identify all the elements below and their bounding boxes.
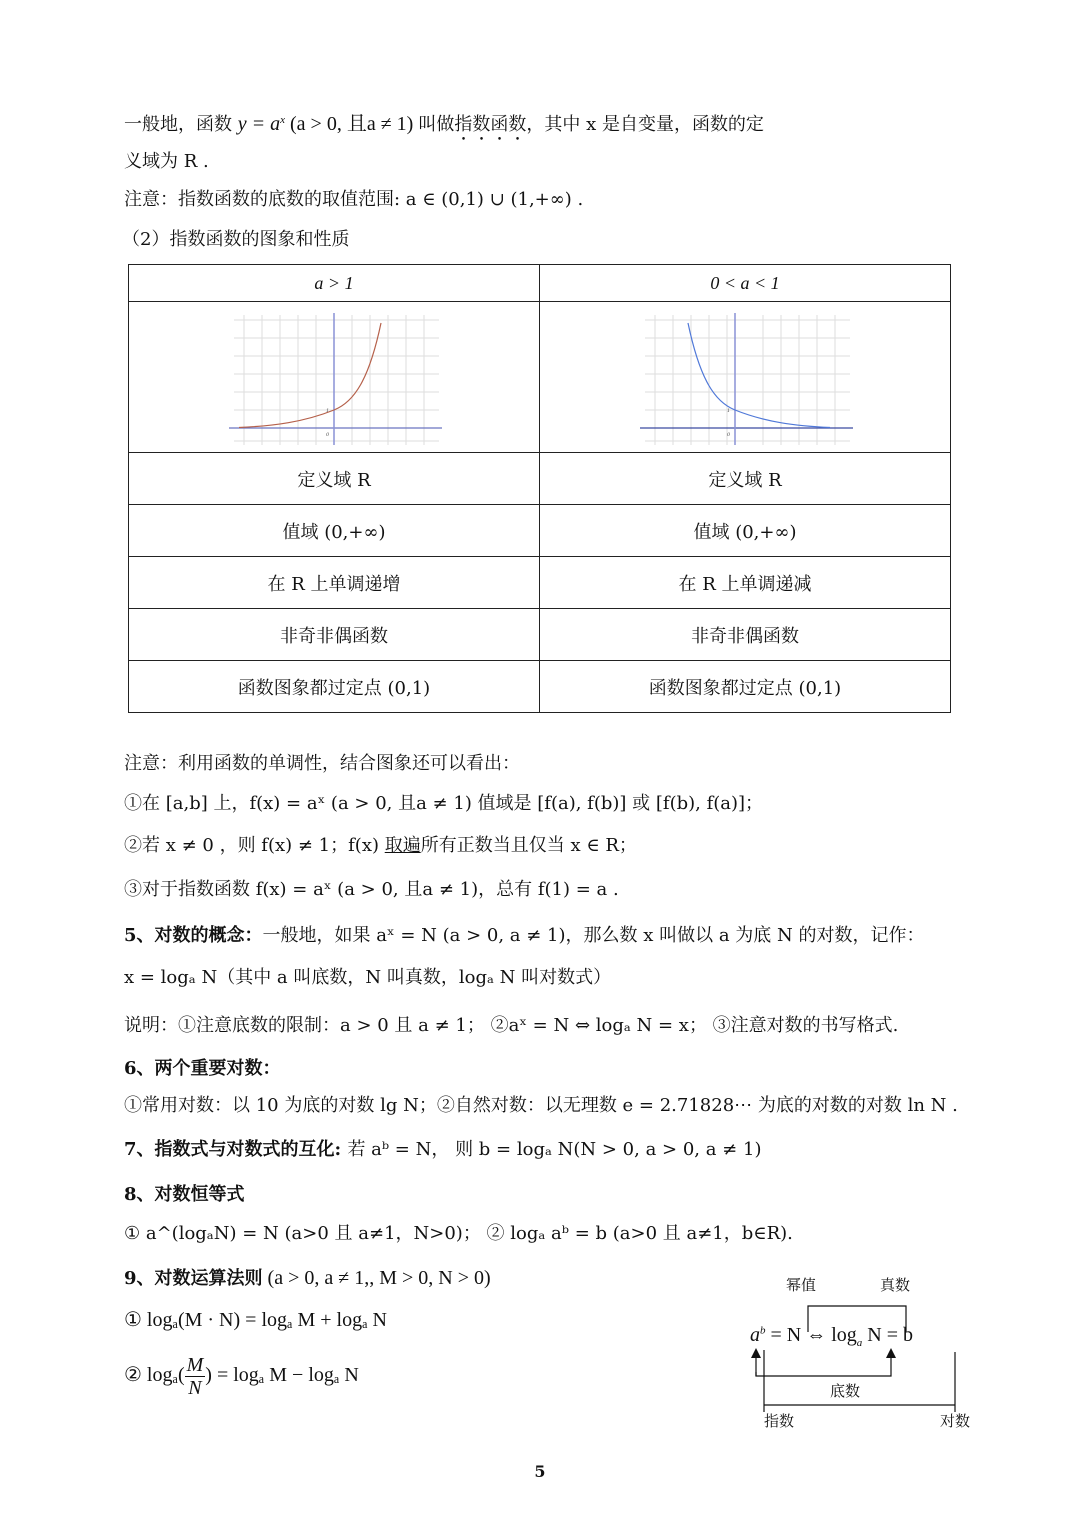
prop-parity-right: 非奇非偶函数 — [540, 609, 951, 661]
increasing-exp-graph: 1 0 — [224, 310, 444, 445]
condition: (a > 0, 且a ≠ 1) — [285, 113, 418, 135]
fraction: MN — [185, 1354, 206, 1399]
text: ，其中 x 是自变量，函数的定 — [526, 114, 764, 135]
note-3: ③对于指数函数 f(x) = aˣ (a > 0, 且a ≠ 1)，总有 f(1… — [124, 878, 619, 902]
svg-text:1: 1 — [326, 408, 329, 414]
section-heading: 7、指数式与对数式的互化: — [124, 1139, 347, 1160]
sec8-identities: ① a^(logₐN) = N (a>0 且 a≠1，N>0)； ② logₐ … — [124, 1222, 793, 1246]
label-base: 底数 — [830, 1380, 860, 1401]
header-a-lt-1: 0 < a < 1 — [540, 265, 951, 302]
log-rule-quotient: ② logₐ(MN) = logₐ M − logₐ N — [124, 1354, 359, 1399]
numerator: M — [185, 1354, 206, 1377]
text: = N ⇔ log — [766, 1324, 857, 1346]
condition: (a > 0, a ≠ 1,, M > 0, N > 0) — [263, 1267, 491, 1289]
diagram-formula: ab = N ⇔ loga N = b — [750, 1324, 913, 1349]
prop-parity-left: 非奇非偶函数 — [129, 609, 540, 661]
sec7-line: 7、指数式与对数式的互化: 若 aᵇ = N， 则 b = logₐ N(N >… — [124, 1138, 761, 1162]
sec8-heading: 8、对数恒等式 — [124, 1183, 245, 1207]
text: N = b — [862, 1324, 913, 1346]
svg-text:0: 0 — [326, 432, 330, 438]
label-logarithm: 对数 — [940, 1410, 970, 1431]
note-2: ②若 x ≠ 0 ，则 f(x) ≠ 1；f(x) 取遍所有正数当且仅当 x ∈… — [124, 834, 637, 858]
label-exponent: 指数 — [764, 1410, 794, 1431]
text: 一般地，函数 — [124, 114, 238, 135]
emphasized-term: 指数函数 — [454, 114, 526, 135]
sec5-definition: 5、对数的概念：一般地，如果 aˣ = N (a > 0, a ≠ 1)，那么数… — [124, 924, 924, 948]
base-range-note: 注意：指数函数的底数的取值范围: a ∈ (0,1) ∪ (1,+∞) . — [124, 188, 583, 212]
label-power-value: 幂值 — [786, 1274, 816, 1295]
section-heading: 9、对数运算法则 — [124, 1268, 263, 1289]
exp-properties-table: a > 1 0 < a < 1 1 0 — [128, 264, 951, 713]
notes-title: 注意：利用函数的单调性，结合图象还可以看出： — [124, 752, 520, 776]
svg-text:1: 1 — [727, 408, 730, 414]
graph-decreasing: 1 0 — [540, 302, 951, 453]
header-a-gt-1: a > 1 — [129, 265, 540, 302]
underlined-term: 取遍 — [385, 835, 421, 856]
sec6-text: ①常用对数：以 10 为底的对数 lg N；②自然对数：以无理数 e = 2.7… — [124, 1094, 958, 1118]
domain-line: 义域为 R . — [124, 150, 209, 174]
sec5-notation: x = logₐ N（其中 a 叫底数，N 叫真数，logₐ N 叫对数式） — [124, 966, 611, 990]
sec9-heading-line: 9、对数运算法则 (a > 0, a ≠ 1,, M > 0, N > 0) — [124, 1266, 491, 1291]
section-title: （2）指数函数的图象和性质 — [122, 228, 349, 252]
prop-monotonic-right: 在 R 上单调递减 — [540, 557, 951, 609]
prop-monotonic-left: 在 R 上单调递增 — [129, 557, 540, 609]
prop-fixed-point-left: 函数图象都过定点 (0,1) — [129, 661, 540, 713]
page-number: 5 — [0, 1462, 1080, 1481]
exp-log-relation-diagram: 幂值 真数 ab = N ⇔ loga N = b 底数 指数 对数 — [748, 1272, 988, 1432]
prop-domain-left: 定义域 R — [129, 453, 540, 505]
text: 一般地，如果 aˣ = N (a > 0, a ≠ 1)，那么数 x 叫做以 a… — [263, 925, 925, 946]
section-heading: 5、对数的概念： — [124, 925, 263, 946]
text: ②若 x ≠ 0 ，则 f(x) ≠ 1；f(x) — [124, 835, 385, 856]
prop-fixed-point-right: 函数图象都过定点 (0,1) — [540, 661, 951, 713]
sec5-explanation: 说明：①注意底数的限制：a > 0 且 a ≠ 1； ②aˣ = N ⇔ log… — [124, 1014, 898, 1038]
text: 所有正数当且仅当 x ∈ R； — [421, 835, 637, 856]
sec6-heading: 6、两个重要对数： — [124, 1057, 281, 1081]
diagram-lines — [748, 1272, 988, 1432]
text: 若 aᵇ = N， 则 b = logₐ N(N > 0, a > 0, a ≠… — [347, 1139, 761, 1160]
text: ) = logₐ M − logₐ N — [205, 1364, 359, 1386]
prop-range-right: 值域 (0,+∞) — [540, 505, 951, 557]
log-rule-product: ① logₐ(M · N) = logₐ M + logₐ N — [124, 1308, 387, 1332]
denominator: N — [185, 1377, 206, 1399]
exp-function-definition: 一般地，函数 y = ax (a > 0, 且a ≠ 1) 叫做指数函数，其中 … — [124, 108, 764, 145]
formula: y = a — [238, 113, 280, 135]
prop-range-left: 值域 (0,+∞) — [129, 505, 540, 557]
prop-domain-right: 定义域 R — [540, 453, 951, 505]
base: a — [750, 1324, 760, 1346]
text: 叫做 — [418, 114, 454, 135]
svg-text:0: 0 — [727, 432, 731, 438]
text: ② logₐ( — [124, 1364, 185, 1386]
graph-increasing: 1 0 — [129, 302, 540, 453]
label-antilog: 真数 — [880, 1274, 910, 1295]
decreasing-exp-graph: 1 0 — [635, 310, 855, 445]
note-1: ①在 [a,b] 上，f(x) = aˣ (a > 0, 且a ≠ 1) 值域是… — [124, 792, 763, 816]
